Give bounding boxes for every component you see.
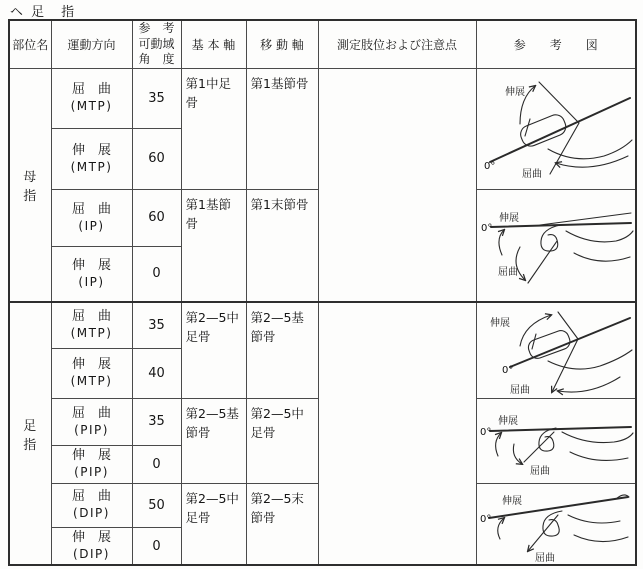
flexion-label: 屈曲 <box>522 167 542 180</box>
direction-cell: 伸 展 (MTP) <box>51 128 132 189</box>
measurement-position-cell <box>318 302 476 566</box>
figure-cell: 伸展 屈曲 0° <box>476 189 636 302</box>
angle-cell: 60 <box>132 189 181 246</box>
joint-label: (PIP) <box>52 465 132 480</box>
direction-cell: 伸 展 (MTP) <box>51 348 132 398</box>
angle-cell: 35 <box>132 398 181 445</box>
angle-cell: 40 <box>132 348 181 398</box>
part-label-hallux: 母 指 <box>9 68 51 302</box>
direction-cell: 屈 曲 (MTP) <box>51 302 132 348</box>
direction-label: 屈 曲 <box>52 82 132 98</box>
moving-axis-cell: 第2—5末 節骨 <box>246 483 318 565</box>
joint-label: (IP) <box>52 275 132 290</box>
basic-axis-cell: 第2—5中 足骨 <box>181 483 246 565</box>
extension-label: 伸展 <box>502 494 522 507</box>
direction-label: 伸 展 <box>52 357 132 373</box>
joint-label: (MTP) <box>52 99 132 114</box>
angle-cell: 35 <box>132 302 181 348</box>
figure-cell: 伸展 屈曲 0° <box>476 483 636 565</box>
direction-cell: 伸 展 (DIP) <box>51 527 132 565</box>
direction-cell: 伸 展 (IP) <box>51 247 132 302</box>
moving-axis-cell: 第2—5中 足骨 <box>246 398 318 483</box>
zero-degree-label: 0° <box>502 365 513 376</box>
flexion-label: 屈曲 <box>510 383 530 396</box>
rom-figure-hallux-ip: 伸展 屈曲 0° <box>478 191 634 301</box>
moving-axis-cell: 第1基節骨 <box>246 68 318 189</box>
figure-cell: 伸展 屈曲 0° <box>476 302 636 399</box>
header-part: 部位名 <box>9 20 51 68</box>
flexion-label: 屈曲 <box>530 464 550 477</box>
extension-label: 伸展 <box>499 211 519 224</box>
figure-cell: 伸展 屈曲 0° <box>476 398 636 483</box>
angle-cell: 35 <box>132 68 181 128</box>
direction-label: 屈 曲 <box>52 309 132 325</box>
table-row: 母 指 屈 曲 (MTP) 35 第1中足骨 第1基節骨 <box>9 68 636 128</box>
rom-figure-hallux-mtp: 伸展 屈曲 0° <box>478 70 634 187</box>
angle-cell: 50 <box>132 483 181 527</box>
rom-figure-toes-mtp: 伸展 屈曲 0° <box>478 304 634 398</box>
header-basic-axis: 基 本 軸 <box>181 20 246 68</box>
header-figure: 参 考 図 <box>476 20 636 68</box>
joint-label: (MTP) <box>52 374 132 389</box>
header-range: 参 考 可動域 角 度 <box>132 20 181 68</box>
direction-cell: 屈 曲 (IP) <box>51 189 132 246</box>
direction-cell: 伸 展 (PIP) <box>51 445 132 483</box>
angle-cell: 60 <box>132 128 181 189</box>
zero-degree-label: 0° <box>481 223 492 234</box>
header-row: 部位名 運動方向 参 考 可動域 角 度 基 本 軸 移 動 軸 測定肢位および… <box>9 20 636 68</box>
direction-label: 屈 曲 <box>52 406 132 422</box>
joint-label: (IP) <box>52 219 132 234</box>
direction-label: 伸 展 <box>52 448 132 464</box>
extension-label: 伸展 <box>505 85 525 98</box>
basic-axis-cell: 第2—5中 足骨 <box>181 302 246 399</box>
rom-figure-toes-pip: 伸展 屈曲 0° <box>478 400 634 482</box>
figure-cell: 伸展 屈曲 0° <box>476 68 636 189</box>
moving-axis-cell: 第2—5基 節骨 <box>246 302 318 399</box>
direction-label: 伸 展 <box>52 143 132 159</box>
zero-degree-label: 0° <box>484 161 495 172</box>
header-moving-axis: 移 動 軸 <box>246 20 318 68</box>
moving-axis-cell: 第1末節骨 <box>246 189 318 302</box>
basic-axis-cell: 第1中足骨 <box>181 68 246 189</box>
joint-label: (PIP) <box>52 423 132 438</box>
joint-label: (DIP) <box>52 506 132 521</box>
direction-cell: 屈 曲 (MTP) <box>51 68 132 128</box>
zero-degree-label: 0° <box>480 514 491 525</box>
direction-label: 伸 展 <box>52 530 132 546</box>
zero-degree-label: 0° <box>480 427 491 438</box>
rom-figure-toes-dip: 伸展 屈曲 0° <box>478 485 634 564</box>
flexion-label: 屈曲 <box>535 551 555 564</box>
angle-cell: 0 <box>132 445 181 483</box>
direction-cell: 屈 曲 (PIP) <box>51 398 132 445</box>
rom-table: 部位名 運動方向 参 考 可動域 角 度 基 本 軸 移 動 軸 測定肢位および… <box>8 19 637 566</box>
page-title: ヘ 足 指 <box>10 1 76 20</box>
angle-cell: 0 <box>132 247 181 302</box>
page: ヘ 足 指 部位名 運動方向 参 考 可動域 角 度 基 本 軸 移 動 軸 測… <box>0 0 643 569</box>
header-direction: 運動方向 <box>51 20 132 68</box>
angle-cell: 0 <box>132 527 181 565</box>
direction-label: 屈 曲 <box>52 202 132 218</box>
joint-label: (MTP) <box>52 326 132 341</box>
part-label-toes: 足 指 <box>9 302 51 566</box>
header-position: 測定肢位および注意点 <box>318 20 476 68</box>
figure-drawing <box>510 312 632 392</box>
joint-label: (DIP) <box>52 547 132 562</box>
table-row: 足 指 屈 曲 (MTP) 35 第2—5中 足骨 第2—5基 節骨 <box>9 302 636 348</box>
basic-axis-cell: 第2—5基 節骨 <box>181 398 246 483</box>
figure-drawing <box>490 427 633 464</box>
measurement-position-cell <box>318 68 476 302</box>
extension-label: 伸展 <box>498 414 518 427</box>
flexion-label: 屈曲 <box>498 265 518 278</box>
basic-axis-cell: 第1基節骨 <box>181 189 246 302</box>
direction-label: 屈 曲 <box>52 489 132 505</box>
direction-cell: 屈 曲 (DIP) <box>51 483 132 527</box>
joint-label: (MTP) <box>52 160 132 175</box>
extension-label: 伸展 <box>490 316 510 329</box>
direction-label: 伸 展 <box>52 258 132 274</box>
